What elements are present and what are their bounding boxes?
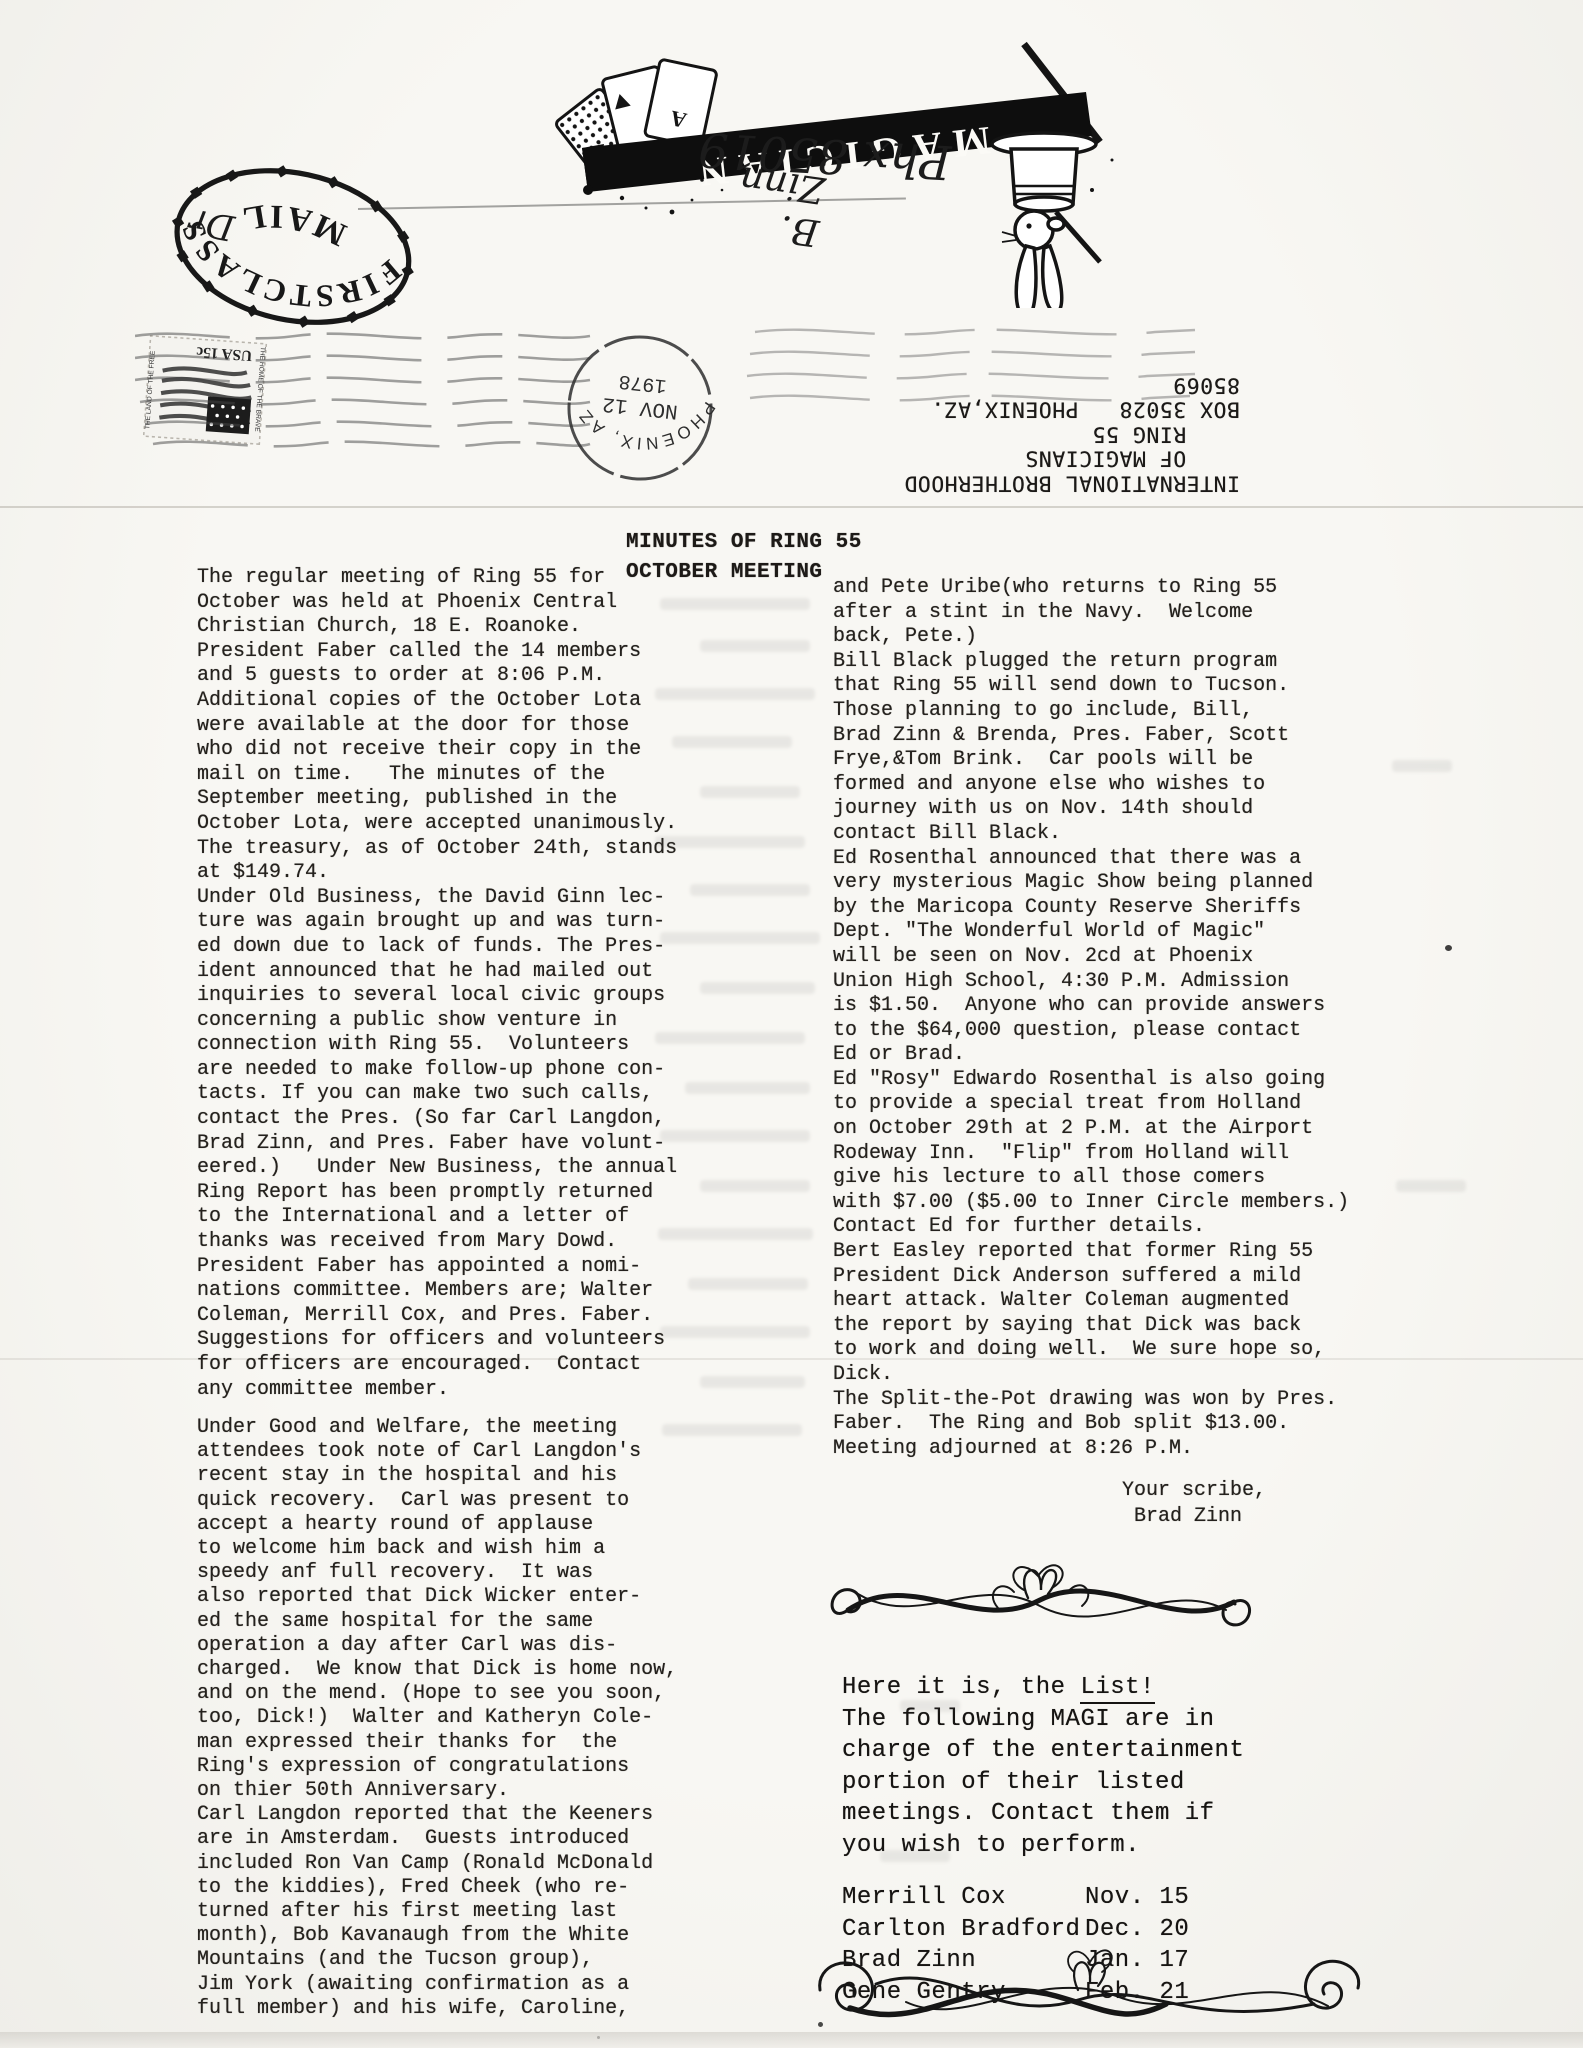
bleedthrough-streak xyxy=(690,884,810,896)
minutes-left-column-part1: The regular meeting of Ring 55 for Octob… xyxy=(197,566,677,1402)
bleedthrough-streak xyxy=(655,1032,805,1044)
bleedthrough-streak xyxy=(655,836,805,848)
bleedthrough-streak xyxy=(688,1278,808,1290)
flourish-divider-top xyxy=(826,1550,1254,1644)
minutes-right-column: and Pete Uribe(who returns to Ring 55 af… xyxy=(833,576,1349,1461)
list-intro-body: The following MAGI are in charge of the … xyxy=(842,1704,1244,1862)
scanned-newsletter-page: A MAGICIAN xyxy=(0,0,1583,2048)
bleedthrough-streak xyxy=(662,1424,802,1436)
bleedthrough-streak xyxy=(1392,760,1452,772)
return-address: INTERNATIONAL BROTHERHOOD OF MAGICIANS R… xyxy=(850,372,1240,495)
list-heading-underlined-word: List! xyxy=(1080,1674,1155,1704)
bleedthrough-streak xyxy=(660,1130,810,1142)
fold-crease xyxy=(0,506,1583,508)
scan-edge-shadow xyxy=(0,2032,1583,2048)
top-hat-icon xyxy=(992,133,1096,211)
bleedthrough-streak xyxy=(700,1376,805,1388)
bleedthrough-streak xyxy=(655,688,815,700)
bleedthrough-streak xyxy=(658,1228,813,1240)
bleedthrough-streak xyxy=(700,640,810,652)
bleedthrough-streak xyxy=(1396,1180,1466,1192)
bleedthrough-streak xyxy=(672,736,792,748)
flourish-divider-bottom xyxy=(806,1938,1372,2038)
performer-name: Merrill Cox xyxy=(842,1882,1085,1914)
bleedthrough-streak xyxy=(660,1326,810,1338)
bleedthrough-streak xyxy=(660,932,820,944)
bleedthrough-streak xyxy=(685,1082,810,1094)
mail-arc-text: MAIL xyxy=(227,187,354,260)
bleedthrough-streak xyxy=(700,786,800,798)
scribe-signoff: Your scribe, Brad Zinn xyxy=(1122,1478,1266,1530)
bleedthrough-streak xyxy=(880,1850,950,1862)
bleedthrough-streak xyxy=(900,1700,960,1712)
bleedthrough-streak xyxy=(660,598,810,610)
ink-speck xyxy=(1445,945,1452,951)
postmark: PHOENIX, AZ NOV 12 1978 xyxy=(537,319,743,498)
performer-row: Merrill CoxNov. 15 xyxy=(842,1882,1189,1914)
postmark-date: NOV 12 xyxy=(601,391,679,422)
postmark-year: 1978 xyxy=(618,369,668,397)
rabbit-icon xyxy=(1002,211,1100,308)
bleedthrough-streak xyxy=(700,982,815,994)
bleedthrough-streak xyxy=(700,1180,810,1192)
minutes-left-column-part2: Under Good and Welfare, the meeting atte… xyxy=(197,1416,677,2021)
list-heading-prefix: Here it is, the xyxy=(842,1674,1080,1701)
performer-date: Nov. 15 xyxy=(1085,1882,1189,1914)
list-heading: Here it is, the List! xyxy=(842,1672,1244,1704)
ink-speck xyxy=(818,2022,823,2027)
